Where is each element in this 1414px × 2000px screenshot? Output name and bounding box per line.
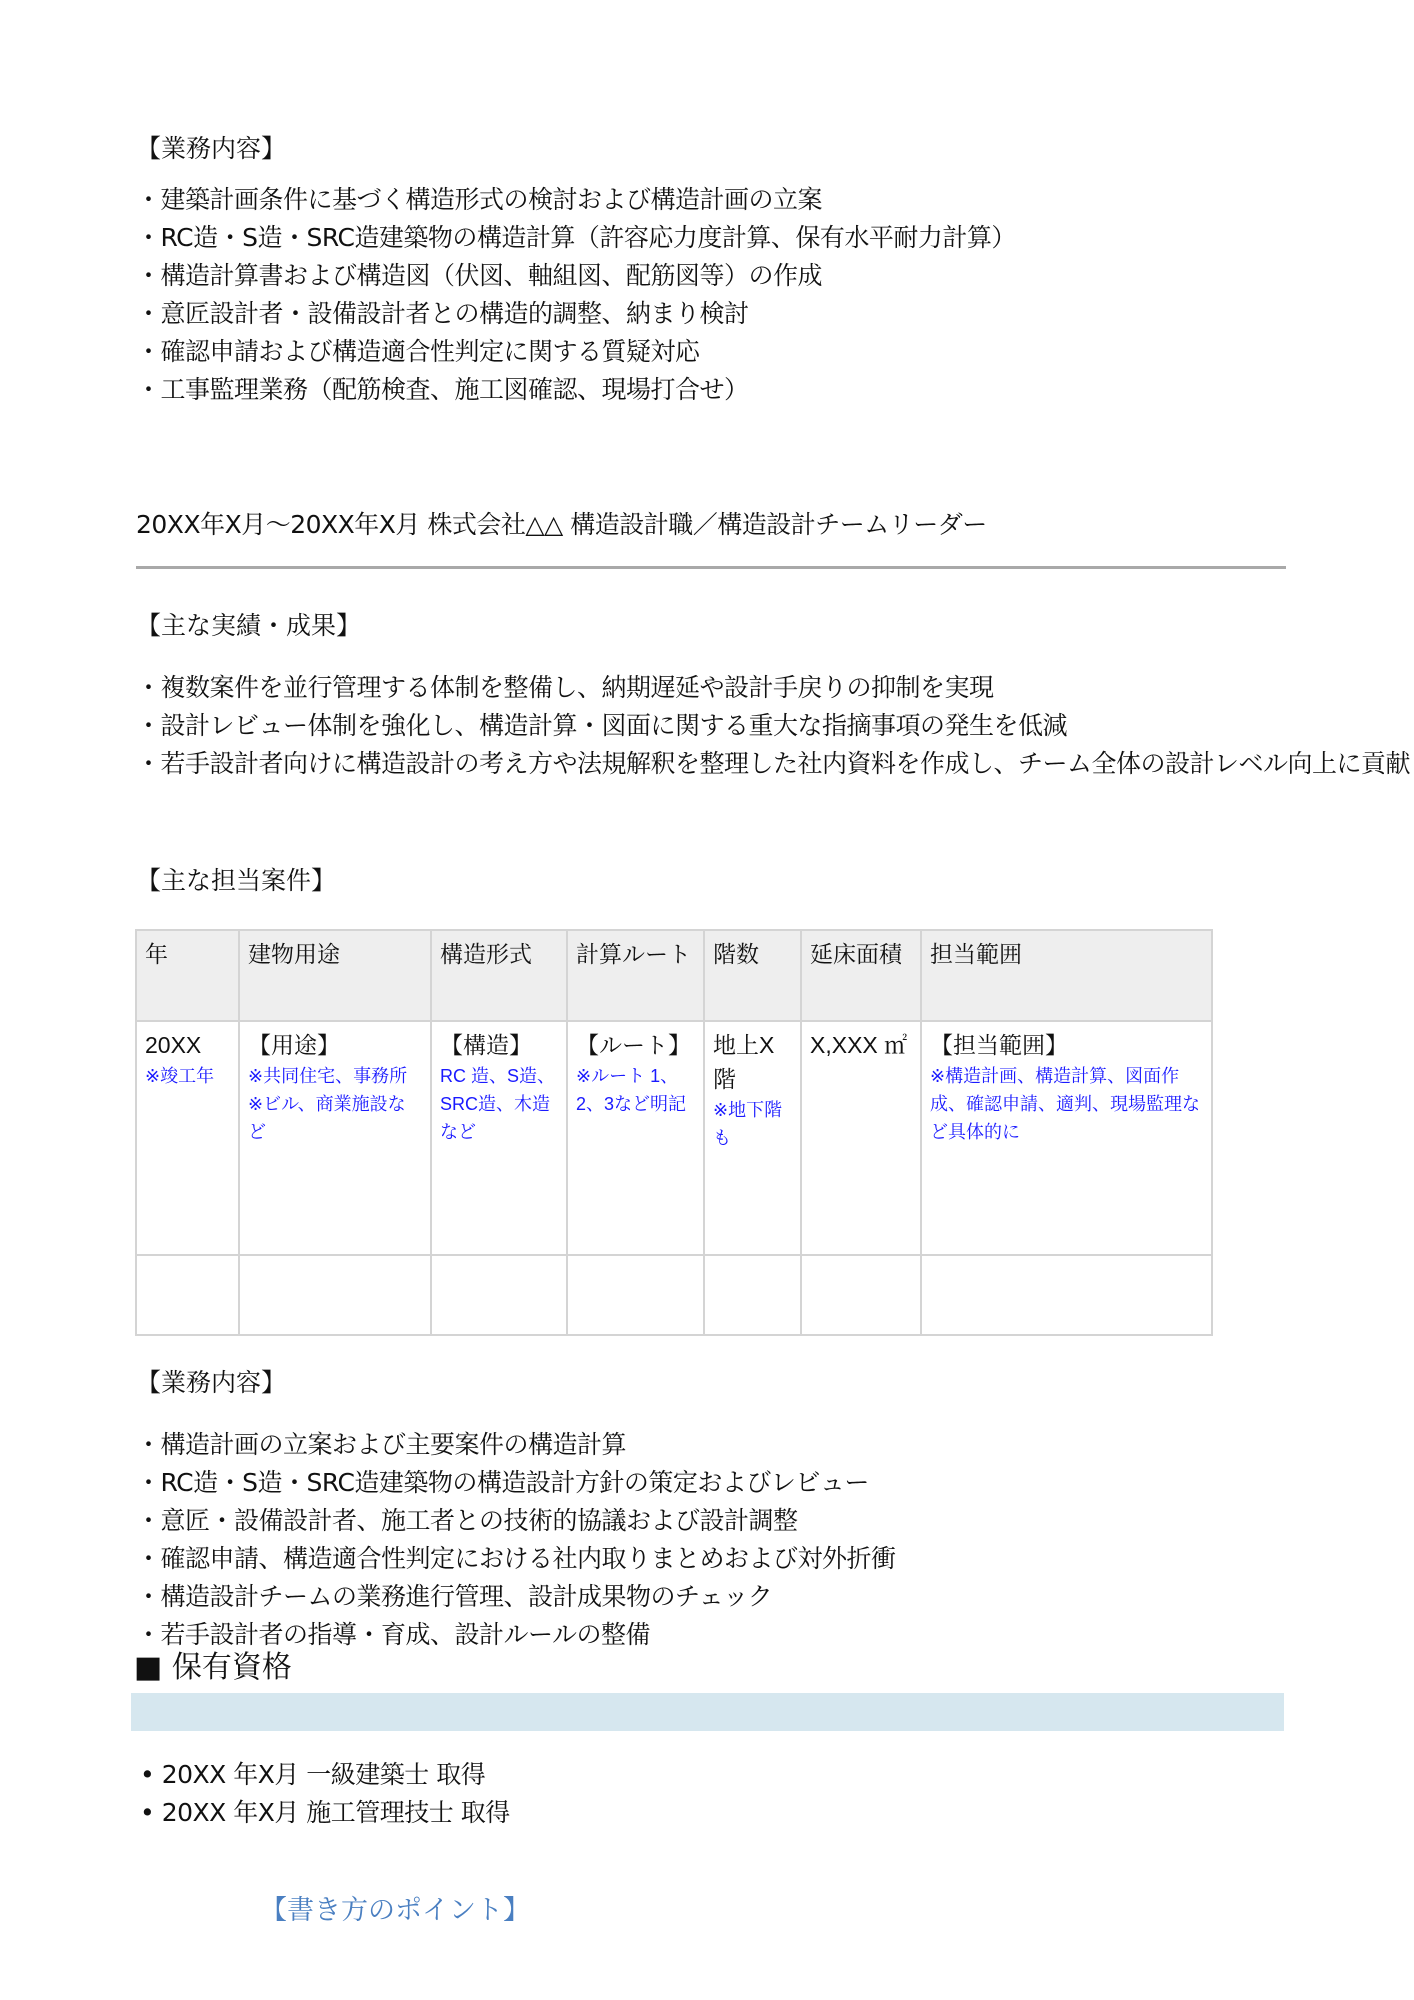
cell-empty <box>431 1255 567 1335</box>
cell-building-use: 【用途】 ※共同住宅、事務所 ※ビル、商業施設など <box>239 1021 431 1255</box>
duties-heading: 【業務内容】 <box>136 130 286 168</box>
qualifications-title: ■ 保有資格 <box>134 1648 292 1688</box>
achievements-list: ・複数案件を並行管理する体制を整備し、納期遅延や設計手戻りの抑制を実現 ・設計レ… <box>136 669 1286 783</box>
list-item: ・建築計画条件に基づく構造形式の検討および構造計画の立案 <box>136 181 1016 219</box>
list-item: ・RC造・S造・SRC造建築物の構造設計方針の策定およびレビュー <box>136 1464 896 1502</box>
header-scope: 担当範囲 <box>921 930 1212 1021</box>
cell-structure: 【構造】 RC 造、S造、SRC造、木造など <box>431 1021 567 1255</box>
list-item: • 20XX 年X月 施工管理技士 取得 <box>140 1794 510 1832</box>
cell-empty <box>136 1255 239 1335</box>
list-item: ・RC造・S造・SRC造建築物の構造計算（許容応力度計算、保有水平耐力計算） <box>136 219 1016 257</box>
cell-year: 20XX ※竣工年 <box>136 1021 239 1255</box>
cell-calc-route: 【ルート】 ※ルート 1、2、3など明記 <box>567 1021 704 1255</box>
list-item: ・意匠設計者・設備設計者との構造的調整、納まり検討 <box>136 295 1016 333</box>
list-item: ・確認申請、構造適合性判定における社内取りまとめおよび対外折衝 <box>136 1540 896 1578</box>
career-header: 20XX年X月～20XX年X月 株式会社△△ 構造設計職／構造設計チームリーダー <box>136 506 987 544</box>
divider <box>136 566 1286 569</box>
list-item: ・確認申請および構造適合性判定に関する質疑対応 <box>136 333 1016 371</box>
list-item: ・複数案件を並行管理する体制を整備し、納期遅延や設計手戻りの抑制を実現 <box>136 669 1286 707</box>
header-year: 年 <box>136 930 239 1021</box>
duties-list: ・建築計画条件に基づく構造形式の検討および構造計画の立案 ・RC造・S造・SRC… <box>136 181 1016 409</box>
cell-empty <box>239 1255 431 1335</box>
header-calc-route: 計算ルート <box>567 930 704 1021</box>
list-item: ・構造設計チームの業務進行管理、設計成果物のチェック <box>136 1578 896 1616</box>
list-item: • 20XX 年X月 一級建築士 取得 <box>140 1756 510 1794</box>
list-item: ・意匠・設備設計者、施工者との技術的協議および設計調整 <box>136 1502 896 1540</box>
section-title-bar <box>131 1693 1284 1731</box>
cell-floors: 地上X階 ※地下階も <box>704 1021 801 1255</box>
cell-empty <box>801 1255 921 1335</box>
cell-scope: 【担当範囲】 ※構造計画、構造計算、図面作成、確認申請、適判、現場監理など具体的… <box>921 1021 1212 1255</box>
writing-tips-link[interactable]: 【書き方のポイント】 <box>260 1888 530 1927</box>
list-item: ・構造計算書および構造図（伏図、軸組図、配筋図等）の作成 <box>136 257 1016 295</box>
duties-heading-2: 【業務内容】 <box>136 1364 286 1402</box>
table-header-row: 年 建物用途 構造形式 計算ルート 階数 延床面積 担当範囲 <box>136 930 1212 1021</box>
table-row-empty <box>136 1255 1212 1335</box>
cell-empty <box>921 1255 1212 1335</box>
header-floor-area: 延床面積 <box>801 930 921 1021</box>
header-structure: 構造形式 <box>431 930 567 1021</box>
duties-list-2: ・構造計画の立案および主要案件の構造計算 ・RC造・S造・SRC造建築物の構造設… <box>136 1426 896 1654</box>
list-item: ・構造計画の立案および主要案件の構造計算 <box>136 1426 896 1464</box>
achievements-heading: 【主な実績・成果】 <box>136 607 361 645</box>
list-item: ・若手設計者向けに構造設計の考え方や法規解釈を整理した社内資料を作成し、チーム全… <box>136 745 1286 783</box>
cell-floor-area: X,XXX ㎡ <box>801 1021 921 1255</box>
cell-empty <box>704 1255 801 1335</box>
cell-empty <box>567 1255 704 1335</box>
projects-heading: 【主な担当案件】 <box>136 862 336 900</box>
list-item: ・工事監理業務（配筋検査、施工図確認、現場打合せ） <box>136 371 1016 409</box>
table-row: 20XX ※竣工年 【用途】 ※共同住宅、事務所 ※ビル、商業施設など 【構造】… <box>136 1021 1212 1255</box>
qualifications-list: • 20XX 年X月 一級建築士 取得 • 20XX 年X月 施工管理技士 取得 <box>140 1756 510 1832</box>
header-floors: 階数 <box>704 930 801 1021</box>
projects-table: 年 建物用途 構造形式 計算ルート 階数 延床面積 担当範囲 20XX ※竣工年… <box>135 929 1213 1336</box>
list-item: ・設計レビュー体制を強化し、構造計算・図面に関する重大な指摘事項の発生を低減 <box>136 707 1286 745</box>
header-building-use: 建物用途 <box>239 930 431 1021</box>
